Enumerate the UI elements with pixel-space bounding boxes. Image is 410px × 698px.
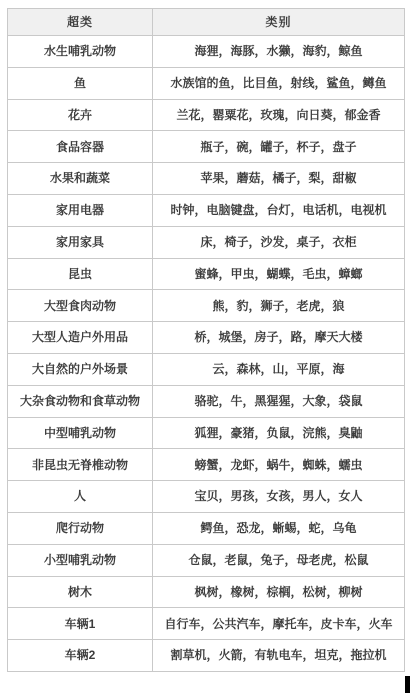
table-row: 食品容器 瓶子，碗，罐子，杯子，盘子	[8, 131, 405, 163]
category-cell: 兰花，罂粟花，玫瑰，向日葵，郁金香	[153, 99, 405, 131]
table-row: 家用电器 时钟，电脑键盘，台灯，电话机，电视机	[8, 194, 405, 226]
category-cell: 蜜蜂，甲虫，蝴蝶，毛虫，蟑螂	[153, 258, 405, 290]
category-cell: 水族馆的鱼，比目鱼，射线，鲨鱼，鳟鱼	[153, 67, 405, 99]
table-row: 大型人造户外用品 桥，城堡，房子，路，摩天大楼	[8, 322, 405, 354]
category-cell: 骆驼，牛，黑猩猩，大象，袋鼠	[153, 385, 405, 417]
superclass-cell: 大杂食动物和食草动物	[8, 385, 153, 417]
table-row: 非昆虫无脊椎动物 螃蟹，龙虾，蜗牛，蜘蛛，蠕虫	[8, 449, 405, 481]
table-row: 车辆1 自行车，公共汽车，摩托车，皮卡车，火车	[8, 608, 405, 640]
table-row: 爬行动物 鳄鱼，恐龙，蜥蜴，蛇，乌龟	[8, 512, 405, 544]
superclass-cell: 车辆2	[8, 640, 153, 672]
superclass-cell: 昆虫	[8, 258, 153, 290]
superclass-cell: 花卉	[8, 99, 153, 131]
table-row: 中型哺乳动物 狐狸，豪猪，负鼠，浣熊，臭鼬	[8, 417, 405, 449]
category-cell: 仓鼠，老鼠，兔子，母老虎，松鼠	[153, 544, 405, 576]
category-cell: 宝贝，男孩，女孩，男人，女人	[153, 481, 405, 513]
superclass-cell: 树木	[8, 576, 153, 608]
superclass-cell: 水果和蔬菜	[8, 163, 153, 195]
superclass-cell: 人	[8, 481, 153, 513]
category-cell: 鳄鱼，恐龙，蜥蜴，蛇，乌龟	[153, 512, 405, 544]
category-cell: 桥，城堡，房子，路，摩天大楼	[153, 322, 405, 354]
header-category: 类别	[153, 9, 405, 36]
category-cell: 狐狸，豪猪，负鼠，浣熊，臭鼬	[153, 417, 405, 449]
superclass-category-table-wrap: 超类 类别 水生哺乳动物 海狸，海豚，水獭，海豹，鲸鱼 鱼 水族馆的鱼，比目鱼，…	[7, 8, 404, 672]
category-cell: 熊，豹，狮子，老虎，狼	[153, 290, 405, 322]
category-cell: 云，森林，山，平原，海	[153, 353, 405, 385]
table-row: 花卉 兰花，罂粟花，玫瑰，向日葵，郁金香	[8, 99, 405, 131]
header-row: 超类 类别	[8, 9, 405, 36]
superclass-cell: 鱼	[8, 67, 153, 99]
category-cell: 苹果，蘑菇，橘子，梨，甜椒	[153, 163, 405, 195]
superclass-category-table: 超类 类别 水生哺乳动物 海狸，海豚，水獭，海豹，鲸鱼 鱼 水族馆的鱼，比目鱼，…	[7, 8, 405, 672]
category-cell: 枫树，橡树，棕榈，松树，柳树	[153, 576, 405, 608]
table-row: 昆虫 蜜蜂，甲虫，蝴蝶，毛虫，蟑螂	[8, 258, 405, 290]
category-cell: 螃蟹，龙虾，蜗牛，蜘蛛，蠕虫	[153, 449, 405, 481]
superclass-cell: 小型哺乳动物	[8, 544, 153, 576]
category-cell: 自行车，公共汽车，摩托车，皮卡车，火车	[153, 608, 405, 640]
table-row: 小型哺乳动物 仓鼠，老鼠，兔子，母老虎，松鼠	[8, 544, 405, 576]
superclass-cell: 水生哺乳动物	[8, 36, 153, 68]
superclass-cell: 中型哺乳动物	[8, 417, 153, 449]
superclass-cell: 食品容器	[8, 131, 153, 163]
category-cell: 床，椅子，沙发，桌子，衣柜	[153, 226, 405, 258]
table-row: 大型食肉动物 熊，豹，狮子，老虎，狼	[8, 290, 405, 322]
table-row: 水果和蔬菜 苹果，蘑菇，橘子，梨，甜椒	[8, 163, 405, 195]
table-row: 人 宝贝，男孩，女孩，男人，女人	[8, 481, 405, 513]
table-row: 树木 枫树，橡树，棕榈，松树，柳树	[8, 576, 405, 608]
table-row: 车辆2 割草机，火箭，有轨电车，坦克，拖拉机	[8, 640, 405, 672]
table-row: 家用家具 床，椅子，沙发，桌子，衣柜	[8, 226, 405, 258]
superclass-cell: 车辆1	[8, 608, 153, 640]
superclass-cell: 大型人造户外用品	[8, 322, 153, 354]
table-row: 大杂食动物和食草动物 骆驼，牛，黑猩猩，大象，袋鼠	[8, 385, 405, 417]
superclass-cell: 大型食肉动物	[8, 290, 153, 322]
screen-edge-artifact	[405, 676, 410, 693]
table-row: 鱼 水族馆的鱼，比目鱼，射线，鲨鱼，鳟鱼	[8, 67, 405, 99]
superclass-cell: 大自然的户外场景	[8, 353, 153, 385]
category-cell: 海狸，海豚，水獭，海豹，鲸鱼	[153, 36, 405, 68]
header-superclass: 超类	[8, 9, 153, 36]
superclass-cell: 家用电器	[8, 194, 153, 226]
category-cell: 瓶子，碗，罐子，杯子，盘子	[153, 131, 405, 163]
category-cell: 割草机，火箭，有轨电车，坦克，拖拉机	[153, 640, 405, 672]
superclass-cell: 家用家具	[8, 226, 153, 258]
category-cell: 时钟，电脑键盘，台灯，电话机，电视机	[153, 194, 405, 226]
table-row: 水生哺乳动物 海狸，海豚，水獭，海豹，鲸鱼	[8, 36, 405, 68]
table-row: 大自然的户外场景 云，森林，山，平原，海	[8, 353, 405, 385]
superclass-cell: 非昆虫无脊椎动物	[8, 449, 153, 481]
superclass-cell: 爬行动物	[8, 512, 153, 544]
